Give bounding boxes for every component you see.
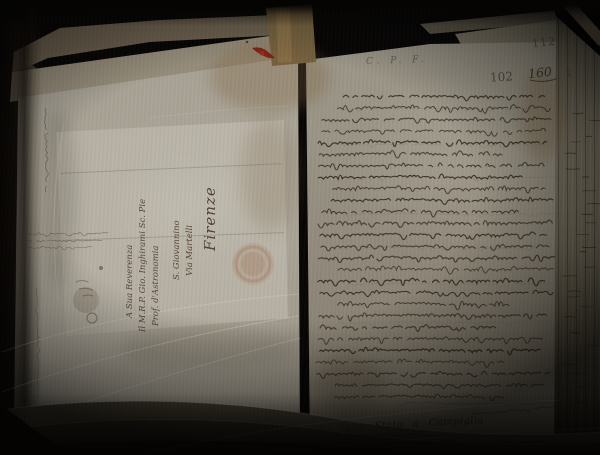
paper-texture-overlay [0, 0, 600, 455]
photo-of-open-manuscript-volume: A Sua Reverenza Il M.R.P. Gio. Inghirami… [0, 0, 600, 455]
